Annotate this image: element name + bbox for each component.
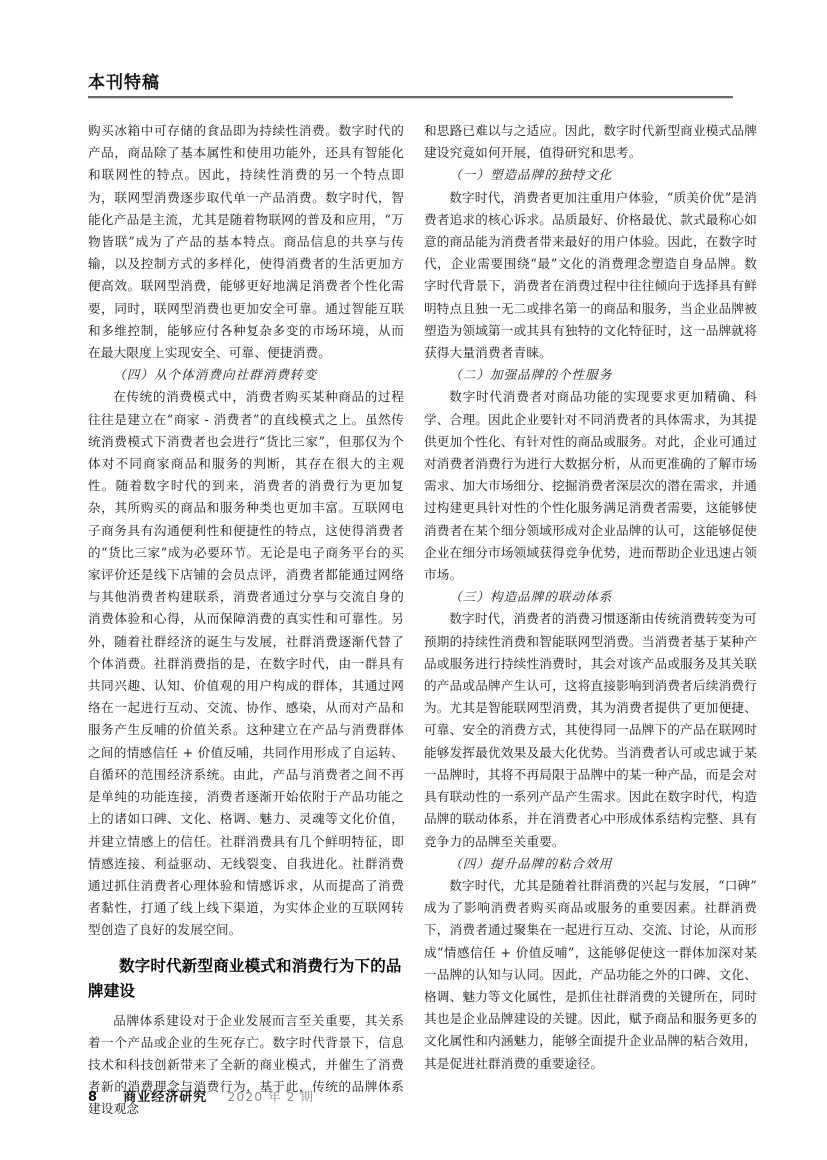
paragraph: 和思路已难以与之适应。因此，数字时代新型商业模式品牌建设究竟如何开展，值得研究和… — [424, 120, 757, 164]
subsection-heading: （四）从个体消费向社群消费转变 — [88, 364, 404, 386]
journal-page: 本刊特稿 购买冰箱中可存储的食品即为持续性消费。数字时代的产品，商品除了基本属性… — [0, 0, 827, 1160]
subsection-heading: （一）塑造品牌的独特文化 — [424, 164, 757, 186]
paragraph: 数字时代消费者对商品功能的实现要求更加精确、科学、合理。因此企业要针对不同消费者… — [424, 386, 757, 586]
subsection-heading: （三）构造品牌的联动体系 — [424, 586, 757, 608]
paragraph: 数字时代，消费者更加注重用户体验，“质美价优”是消费者追求的核心诉求。品质最好、… — [424, 187, 757, 365]
footer-issue: 2020 年 2 期 — [227, 1089, 314, 1104]
paragraph: 数字时代，尤其是随着社群消费的兴起与发展，“口碑”成为了影响消费者购买商品或服务… — [424, 875, 757, 1075]
masthead-label: 本刊特稿 — [88, 68, 160, 93]
paragraph: 购买冰箱中可存储的食品即为持续性消费。数字时代的产品，商品除了基本属性和使用功能… — [88, 120, 404, 364]
page-footer: 8 商业经济研究 2020 年 2 期 — [88, 1086, 588, 1105]
masthead: 本刊特稿 — [88, 68, 733, 98]
footer-page-number: 8 — [88, 1090, 97, 1105]
left-column: 购买冰箱中可存储的食品即为持续性消费。数字时代的产品，商品除了基本属性和使用功能… — [88, 120, 404, 1121]
subsection-heading: （四）提升品牌的粘合效用 — [424, 853, 757, 875]
article-body: 购买冰箱中可存储的食品即为持续性消费。数字时代的产品，商品除了基本属性和使用功能… — [88, 120, 757, 1121]
section-heading: 数字时代新型商业模式和消费行为下的品牌建设 — [88, 954, 404, 1004]
subsection-heading: （二）加强品牌的个性服务 — [424, 364, 757, 386]
paragraph: 在传统的消费模式中，消费者购买某种商品的过程往往是建立在“商家 - 消费者”的直… — [88, 386, 404, 941]
masthead-rule — [88, 96, 733, 98]
right-column: 和思路已难以与之适应。因此，数字时代新型商业模式品牌建设究竟如何开展，值得研究和… — [424, 120, 757, 1121]
paragraph: 数字时代，消费者的消费习惯逐渐由传统消费转变为可预期的持续性消费和智能联网型消费… — [424, 608, 757, 852]
footer-journal-title: 商业经济研究 — [123, 1090, 207, 1105]
